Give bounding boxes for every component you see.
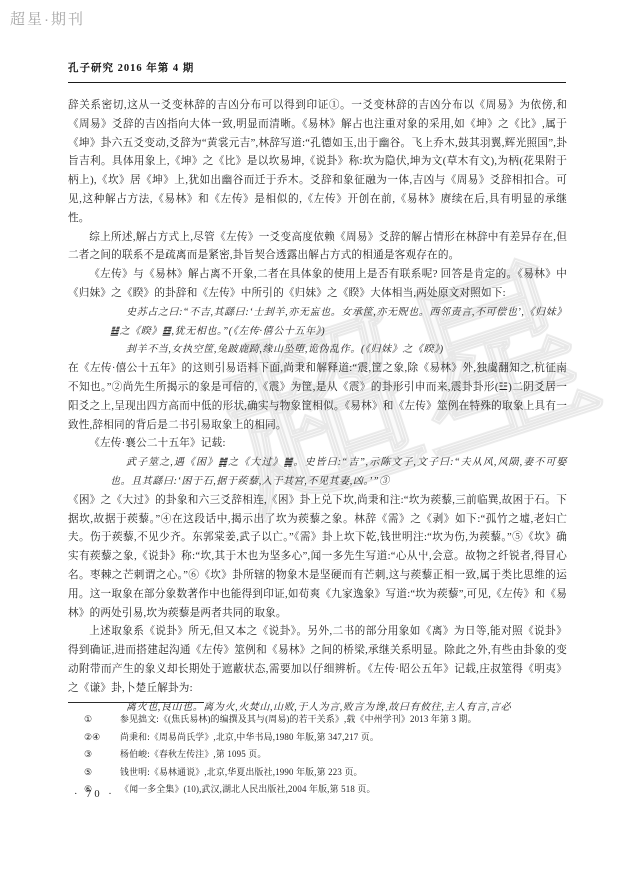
footnote-marker: ①: [68, 711, 110, 729]
page-number: · 70 ·: [74, 789, 115, 800]
footnote-separator: [68, 702, 204, 703]
footnote-marker: ⑤: [68, 764, 110, 782]
footnote-row: ⑤ 钱世明:《易林通说》,北京,华夏出版社,1990 年版,第 223 页。: [68, 764, 567, 782]
chaoxing-journal-watermark: 超星·期刊: [10, 8, 85, 29]
footnote-marker: ②④: [68, 729, 110, 747]
text-block: 上述取象系《说卦》所无,但又本之《说卦》。另外,二书的部分用象如《离》为日等,能…: [68, 623, 567, 698]
text-block: 综上所述,解占方式上,尽管《左传》一爻变高度依赖《周易》爻辞的解占情形在林辞中有…: [68, 229, 567, 267]
running-head: 孔子研究 2016 年第 4 期: [68, 60, 566, 83]
footnote-list: ① 参见拙文:《(焦氏易林)的编撰及其与(周易)的若干关系》,载《中州学刊》20…: [68, 711, 567, 799]
footnote-text: 参见拙文:《(焦氏易林)的编撰及其与(周易)的若干关系》,载《中州学刊》2013…: [120, 711, 567, 729]
footnote-row: ②④ 尚秉和:《周易尚氏学》,北京,中华书局,1980 年版,第 347,217…: [68, 729, 567, 747]
text-block: 史苏占之曰:“不吉,其繇曰:‘士刲羊,亦无衁也。女承筐,亦无贶也。西邻责言,不可…: [110, 304, 567, 342]
text-block: 《左传》与《易林》解占离不开象,二者在具体象的使用上是否有联系呢? 回答是肯定的…: [68, 266, 567, 304]
scanned-journal-page: 超星·期刊 超星 孔子研究 2016 年第 4 期 辞关系密切,这从一爻变林辞的…: [0, 0, 620, 878]
footnote-text: 尚秉和:《周易尚氏学》,北京,中华书局,1980 年版,第 347,217 页。: [120, 729, 567, 747]
article-body: 辞关系密切,这从一爻变林辞的吉凶分布可以得到印证①。一爻变林辞的吉凶分布以《周易…: [68, 97, 567, 717]
text-block: 武子筮之,遇《困》䷮之《大过》䷛。史皆曰:“吉”,示陈文子,文子曰:“夫从风,风…: [110, 454, 567, 492]
footnote-marker: ③: [68, 746, 110, 764]
footnote-text: 钱世明:《易林通说》,北京,华夏出版社,1990 年版,第 223 页。: [120, 764, 567, 782]
text-block: 在《左传·僖公十五年》的这则引易语料下面,尚秉和解释道:“震,筐之象,除《易林》…: [68, 360, 567, 435]
footnote-row: ① 参见拙文:《(焦氏易林)的编撰及其与(周易)的若干关系》,载《中州学刊》20…: [68, 711, 567, 729]
text-block: 刲羊不当,女执空筐,兔跛鹿踦,缘山坠堕,诡伪乱作。(《归妹》之《睽》): [110, 341, 567, 360]
footnote-row: ⑥ 《闻一多全集》(10),武汉,湖北人民出版社,2004 年版,第 518 页…: [68, 781, 567, 799]
footnote-text: 杨伯峻:《春秋左传注》,第 1095 页。: [120, 746, 567, 764]
text-block: 辞关系密切,这从一爻变林辞的吉凶分布可以得到印证①。一爻变林辞的吉凶分布以《周易…: [68, 97, 567, 229]
footnote-row: ③ 杨伯峻:《春秋左传注》,第 1095 页。: [68, 746, 567, 764]
text-block: 《困》之《大过》的卦象和六三爻辞相连,《困》卦上兑下坎,尚秉和注:“坎为蒺藜,三…: [68, 492, 567, 624]
footnote-section: ① 参见拙文:《(焦氏易林)的编撰及其与(周易)的若干关系》,载《中州学刊》20…: [68, 702, 567, 799]
footnote-text: 《闻一多全集》(10),武汉,湖北人民出版社,2004 年版,第 518 页。: [120, 781, 567, 799]
text-block: 《左传·襄公二十五年》记载:: [68, 435, 567, 454]
